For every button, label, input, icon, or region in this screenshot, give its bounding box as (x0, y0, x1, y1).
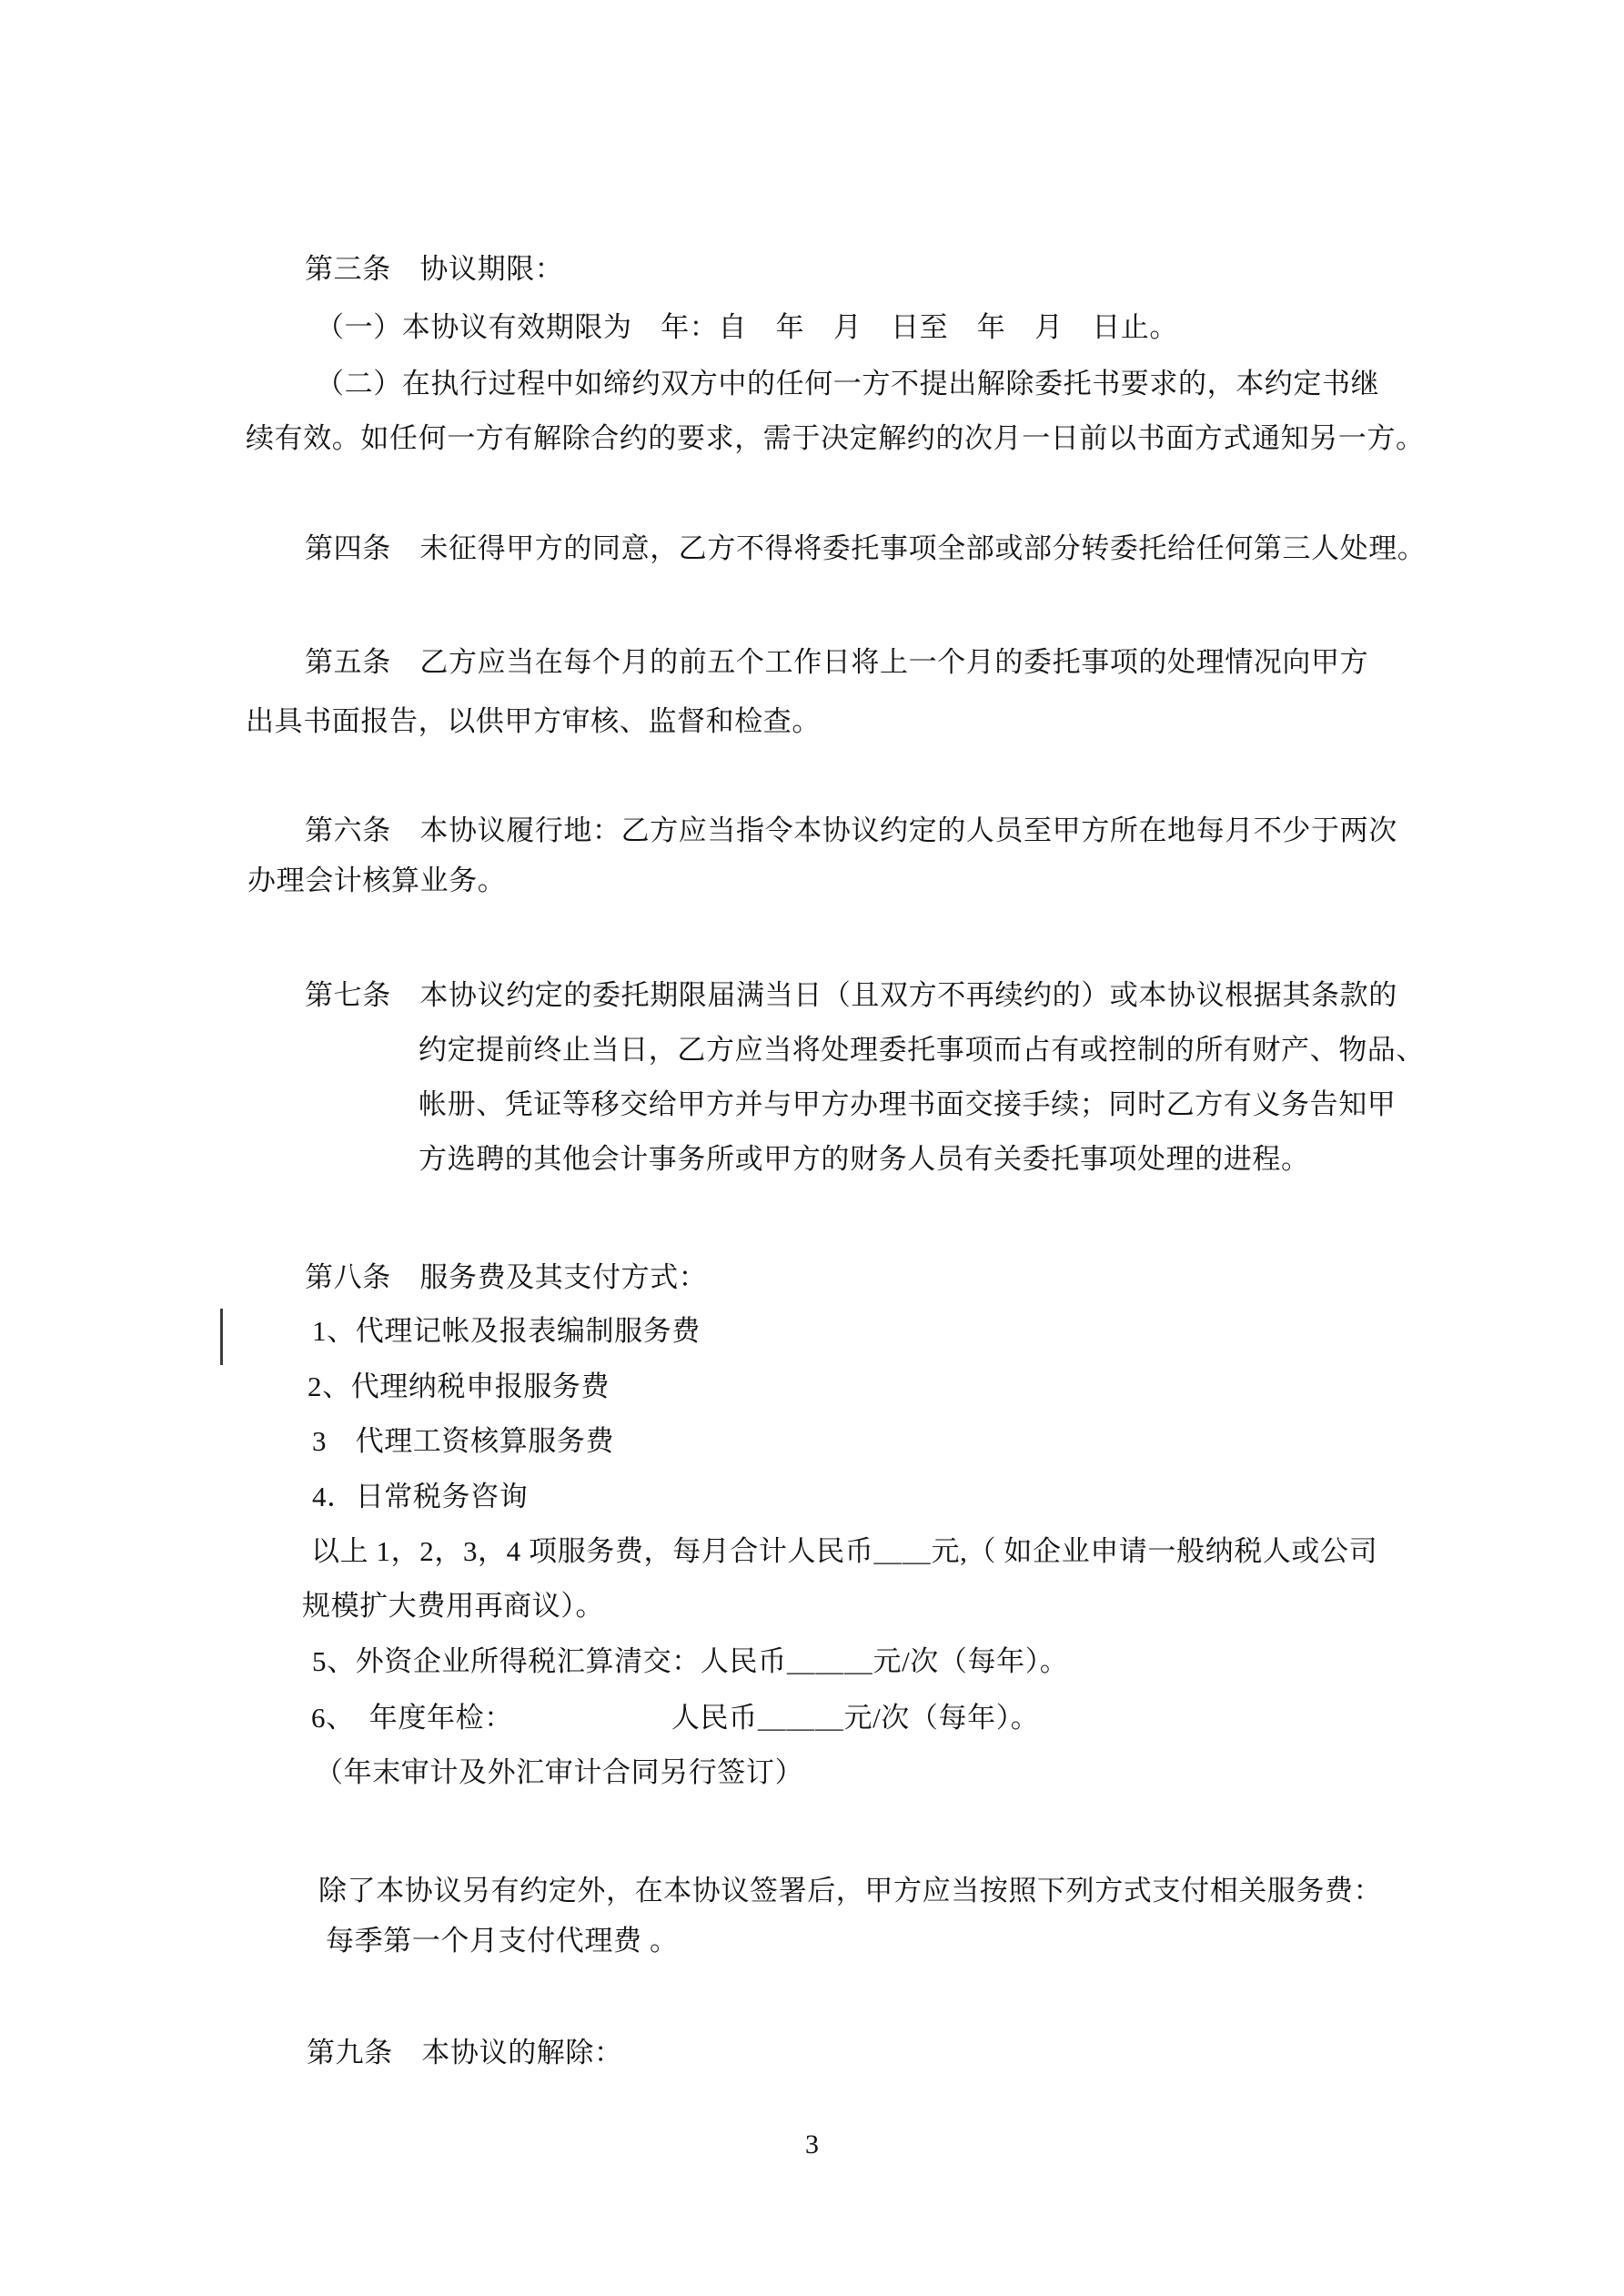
clause-8-heading: 第八条 服务费及其支付方式： (305, 1259, 707, 1296)
clause-7-line-4: 方选聘的其他会计事务所或甲方的财务人员有关委托事项处理的进程。 (419, 1141, 1310, 1178)
clause-3-item-2-line-2: 续有效。如任何一方有解除合约的要求，需于决定解约的次月一日前以书面方式通知另一方… (246, 420, 1425, 457)
clause-4-text: 第四条 未征得甲方的同意，乙方不得将委托事项全部或部分转委托给任何第三人处理。 (305, 531, 1426, 567)
fee-item-2: 2、代理纳税申报服务费 (308, 1369, 610, 1405)
fee-total-line-2: 规模扩大费用再商议）。 (302, 1588, 604, 1624)
payment-terms-line-2: 每季第一个月支付代理费 。 (326, 1923, 679, 1959)
revision-change-bar (220, 1309, 223, 1365)
clause-3-item-1: （一）本协议有效期限为 年：自 年 月 日至 年 月 日止。 (316, 309, 1178, 346)
clause-5-line-2: 出具书面报告，以供甲方审核、监督和检查。 (246, 703, 821, 740)
payment-terms-line-1: 除了本协议另有约定外，在本协议签署后，甲方应当按照下列方式支付相关服务费： (318, 1873, 1382, 1909)
clause-7-line-2: 约定提前终止当日，乙方应当将处理委托事项而占有或控制的所有财产、物品、 (419, 1032, 1425, 1068)
fee-item-6: 6、 年度年检： 人民币＿＿＿元/次（每年）。 (311, 1700, 1039, 1736)
clause-3-item-2-line-1: （二）在执行过程中如缔约双方中的任何一方不提出解除委托书要求的，本约定书继 (316, 366, 1379, 402)
clause-7-line-3: 帐册、凭证等移交给甲方并与甲方办理书面交接手续；同时乙方有义务告知甲 (419, 1087, 1396, 1123)
fee-item-4: 4．日常税务咨询 (312, 1479, 528, 1515)
clause-7-line-1: 第七条 本协议约定的委托期限届满当日（且双方不再续约的）或本协议根据其条款的 (305, 977, 1397, 1014)
fee-total-line-1: 以上 1，2，3，4 项服务费，每月合计人民币＿＿元,（ 如企业申请一般纳税人或… (311, 1533, 1377, 1570)
clause-9-heading: 第九条 本协议的解除： (307, 2035, 623, 2071)
clause-5-line-1: 第五条 乙方应当在每个月的前五个工作日将上一个月的委托事项的处理情况向甲方 (305, 644, 1368, 681)
page-number: 3 (0, 2129, 1624, 2160)
fee-item-1: 1、代理记帐及报表编制服务费 (312, 1313, 701, 1350)
clause-6-line-1: 第六条 本协议履行地：乙方应当指令本协议约定的人员至甲方所在地每月不少于两次 (305, 813, 1397, 849)
audit-note: （年末审计及外汇审计合同另行签订） (315, 1755, 803, 1791)
clause-3-heading: 第三条 协议期限： (305, 251, 563, 288)
document-page: 第三条 协议期限： （一）本协议有效期限为 年：自 年 月 日至 年 月 日止。… (0, 0, 1624, 2296)
fee-item-3: 3 代理工资核算服务费 (312, 1423, 614, 1460)
fee-item-5: 5、外资企业所得税汇算清交：人民币＿＿＿元/次（每年）。 (312, 1644, 1068, 1680)
clause-6-line-2: 办理会计核算业务。 (247, 863, 506, 899)
